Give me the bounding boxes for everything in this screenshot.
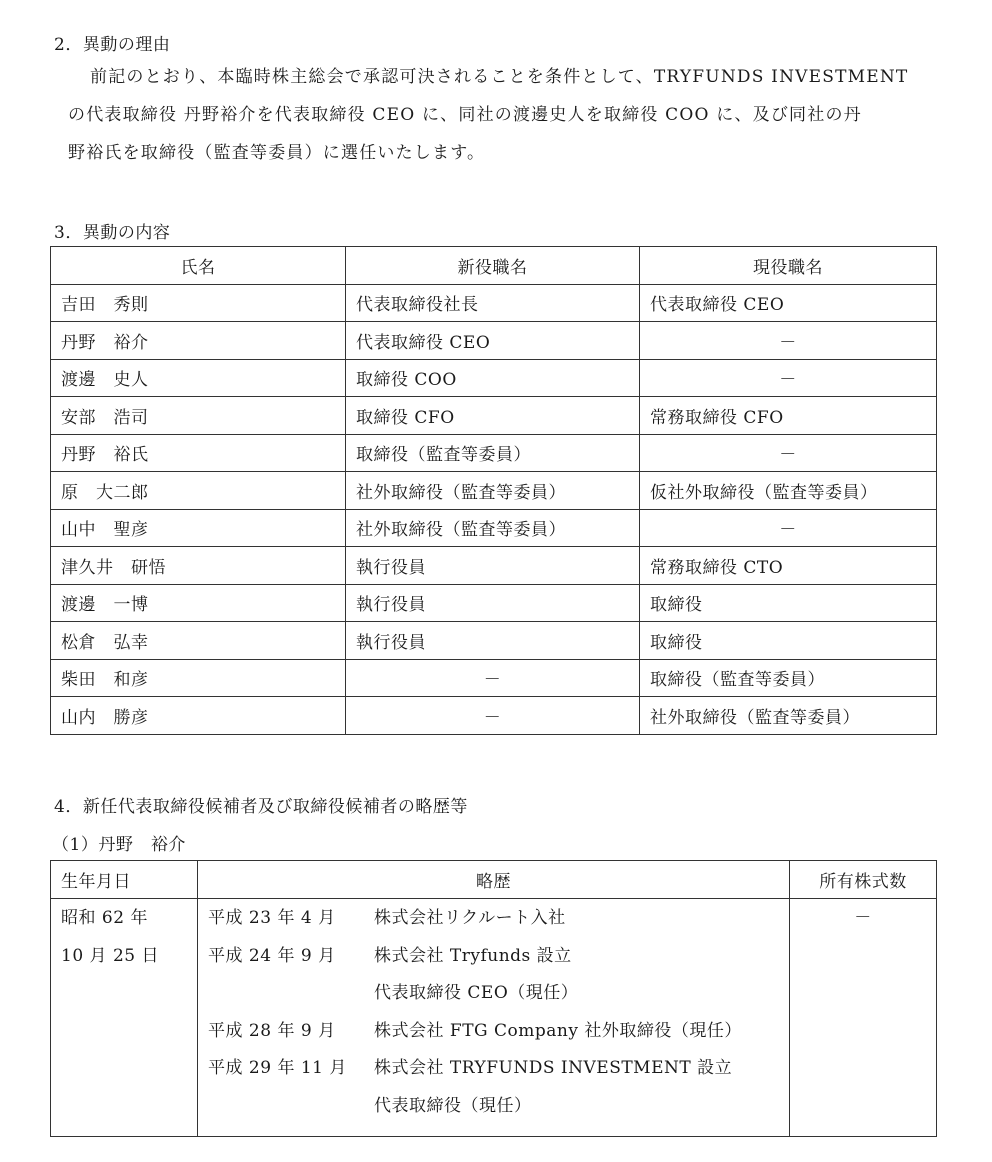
- history-entry: 代表取締役（現任）: [208, 1093, 779, 1131]
- history-entry: 平成 23 年 4 月株式会社リクルート入社: [208, 905, 779, 943]
- section-3-heading: 3．異動の内容: [54, 218, 170, 243]
- history-date: [208, 980, 374, 1018]
- table-row: 山中 聖彦社外取締役（監査等委員）－: [51, 509, 937, 547]
- cell-current-title: 取締役: [640, 622, 937, 660]
- table-row: 丹野 裕介代表取締役 CEO－: [51, 322, 937, 360]
- cell-new-title: 執行役員: [346, 584, 640, 622]
- table-row: 津久井 研悟執行役員常務取締役 CTO: [51, 547, 937, 585]
- cell-name: 渡邊 史人: [51, 359, 346, 397]
- history-date: 平成 28 年 9 月: [208, 1018, 374, 1056]
- table-row: 丹野 裕氏取締役（監査等委員）－: [51, 434, 937, 472]
- birthdate-line: 10 月 25 日: [61, 943, 187, 981]
- column-header-name: 氏名: [51, 247, 346, 285]
- cell-name: 安部 浩司: [51, 397, 346, 435]
- column-header-current-title: 現役職名: [640, 247, 937, 285]
- candidate-subheading: （1）丹野 裕介: [52, 830, 186, 855]
- section-4-heading: 4．新任代表取締役候補者及び取締役候補者の略歴等: [54, 792, 468, 817]
- cell-name: 丹野 裕氏: [51, 434, 346, 472]
- history-date: 平成 24 年 9 月: [208, 943, 374, 981]
- cell-current-title: 常務取締役 CFO: [640, 397, 937, 435]
- cell-new-title: 取締役 CFO: [346, 397, 640, 435]
- column-header-shares: 所有株式数: [790, 861, 937, 899]
- table-row: 渡邊 一博執行役員取締役: [51, 584, 937, 622]
- history-date: 平成 29 年 11 月: [208, 1055, 374, 1093]
- history-text: 株式会社リクルート入社: [374, 905, 566, 943]
- history-date: 平成 23 年 4 月: [208, 905, 374, 943]
- cell-shares: －: [790, 899, 937, 1137]
- table-row: 吉田 秀則代表取締役社長代表取締役 CEO: [51, 284, 937, 322]
- cell-current-title: －: [640, 322, 937, 360]
- cell-current-title: －: [640, 359, 937, 397]
- history-text: 株式会社 Tryfunds 設立: [374, 943, 572, 981]
- table-row: 安部 浩司取締役 CFO常務取締役 CFO: [51, 397, 937, 435]
- table-row: 柴田 和彦－取締役（監査等委員）: [51, 659, 937, 697]
- cell-name: 渡邊 一博: [51, 584, 346, 622]
- column-header-new-title: 新役職名: [346, 247, 640, 285]
- table-row: 昭和 62 年 10 月 25 日 平成 23 年 4 月株式会社リクルート入社…: [51, 899, 937, 1137]
- cell-current-title: 代表取締役 CEO: [640, 284, 937, 322]
- column-header-history: 略歴: [198, 861, 790, 899]
- history-text: 代表取締役 CEO（現任）: [374, 980, 578, 1018]
- cell-new-title: 社外取締役（監査等委員）: [346, 509, 640, 547]
- cell-new-title: －: [346, 659, 640, 697]
- section-2-heading: 2．異動の理由: [54, 30, 170, 55]
- history-entry: 平成 29 年 11 月株式会社 TRYFUNDS INVESTMENT 設立: [208, 1055, 779, 1093]
- history-text: 株式会社 TRYFUNDS INVESTMENT 設立: [374, 1055, 732, 1093]
- cell-new-title: 執行役員: [346, 622, 640, 660]
- column-header-birthdate: 生年月日: [51, 861, 198, 899]
- cell-new-title: 代表取締役社長: [346, 284, 640, 322]
- history-entry: 平成 24 年 9 月株式会社 Tryfunds 設立: [208, 943, 779, 981]
- cell-current-title: －: [640, 509, 937, 547]
- candidate-history-table: 生年月日 略歴 所有株式数 昭和 62 年 10 月 25 日 平成 23 年 …: [50, 860, 937, 1137]
- cell-new-title: 取締役 COO: [346, 359, 640, 397]
- cell-name: 津久井 研悟: [51, 547, 346, 585]
- cell-new-title: －: [346, 697, 640, 735]
- table-header-row: 生年月日 略歴 所有株式数: [51, 861, 937, 899]
- cell-name: 原 大二郎: [51, 472, 346, 510]
- personnel-change-table: 氏名 新役職名 現役職名 吉田 秀則代表取締役社長代表取締役 CEO 丹野 裕介…: [50, 246, 937, 735]
- table-row: 松倉 弘幸執行役員取締役: [51, 622, 937, 660]
- cell-new-title: 取締役（監査等委員）: [346, 434, 640, 472]
- birthdate-line: 昭和 62 年: [61, 905, 187, 943]
- cell-birthdate: 昭和 62 年 10 月 25 日: [51, 899, 198, 1137]
- cell-current-title: 社外取締役（監査等委員）: [640, 697, 937, 735]
- paragraph-line: 前記のとおり、本臨時株主総会で承認可決されることを条件として、TRYFUNDS …: [72, 58, 940, 96]
- paragraph-line: の代表取締役 丹野裕介を代表取締役 CEO に、同社の渡邊史人を取締役 COO …: [68, 96, 940, 134]
- history-text: 株式会社 FTG Company 社外取締役（現任）: [374, 1018, 742, 1056]
- cell-current-title: －: [640, 434, 937, 472]
- cell-name: 丹野 裕介: [51, 322, 346, 360]
- cell-current-title: 取締役（監査等委員）: [640, 659, 937, 697]
- cell-current-title: 仮社外取締役（監査等委員）: [640, 472, 937, 510]
- cell-name: 柴田 和彦: [51, 659, 346, 697]
- table-row: 山内 勝彦－社外取締役（監査等委員）: [51, 697, 937, 735]
- history-entry: 代表取締役 CEO（現任）: [208, 980, 779, 1018]
- history-entry: 平成 28 年 9 月株式会社 FTG Company 社外取締役（現任）: [208, 1018, 779, 1056]
- table-row: 渡邊 史人取締役 COO－: [51, 359, 937, 397]
- cell-name: 吉田 秀則: [51, 284, 346, 322]
- table-header-row: 氏名 新役職名 現役職名: [51, 247, 937, 285]
- cell-new-title: 執行役員: [346, 547, 640, 585]
- cell-name: 山内 勝彦: [51, 697, 346, 735]
- history-date: [208, 1093, 374, 1131]
- cell-new-title: 社外取締役（監査等委員）: [346, 472, 640, 510]
- paragraph-line: 野裕氏を取締役（監査等委員）に選任いたします。: [68, 134, 940, 172]
- section-2-paragraph: 前記のとおり、本臨時株主総会で承認可決されることを条件として、TRYFUNDS …: [72, 58, 940, 172]
- cell-history: 平成 23 年 4 月株式会社リクルート入社 平成 24 年 9 月株式会社 T…: [198, 899, 790, 1137]
- cell-current-title: 取締役: [640, 584, 937, 622]
- cell-name: 松倉 弘幸: [51, 622, 346, 660]
- cell-new-title: 代表取締役 CEO: [346, 322, 640, 360]
- cell-name: 山中 聖彦: [51, 509, 346, 547]
- cell-current-title: 常務取締役 CTO: [640, 547, 937, 585]
- history-text: 代表取締役（現任）: [374, 1093, 532, 1131]
- table-row: 原 大二郎社外取締役（監査等委員）仮社外取締役（監査等委員）: [51, 472, 937, 510]
- shares-value: －: [800, 905, 926, 943]
